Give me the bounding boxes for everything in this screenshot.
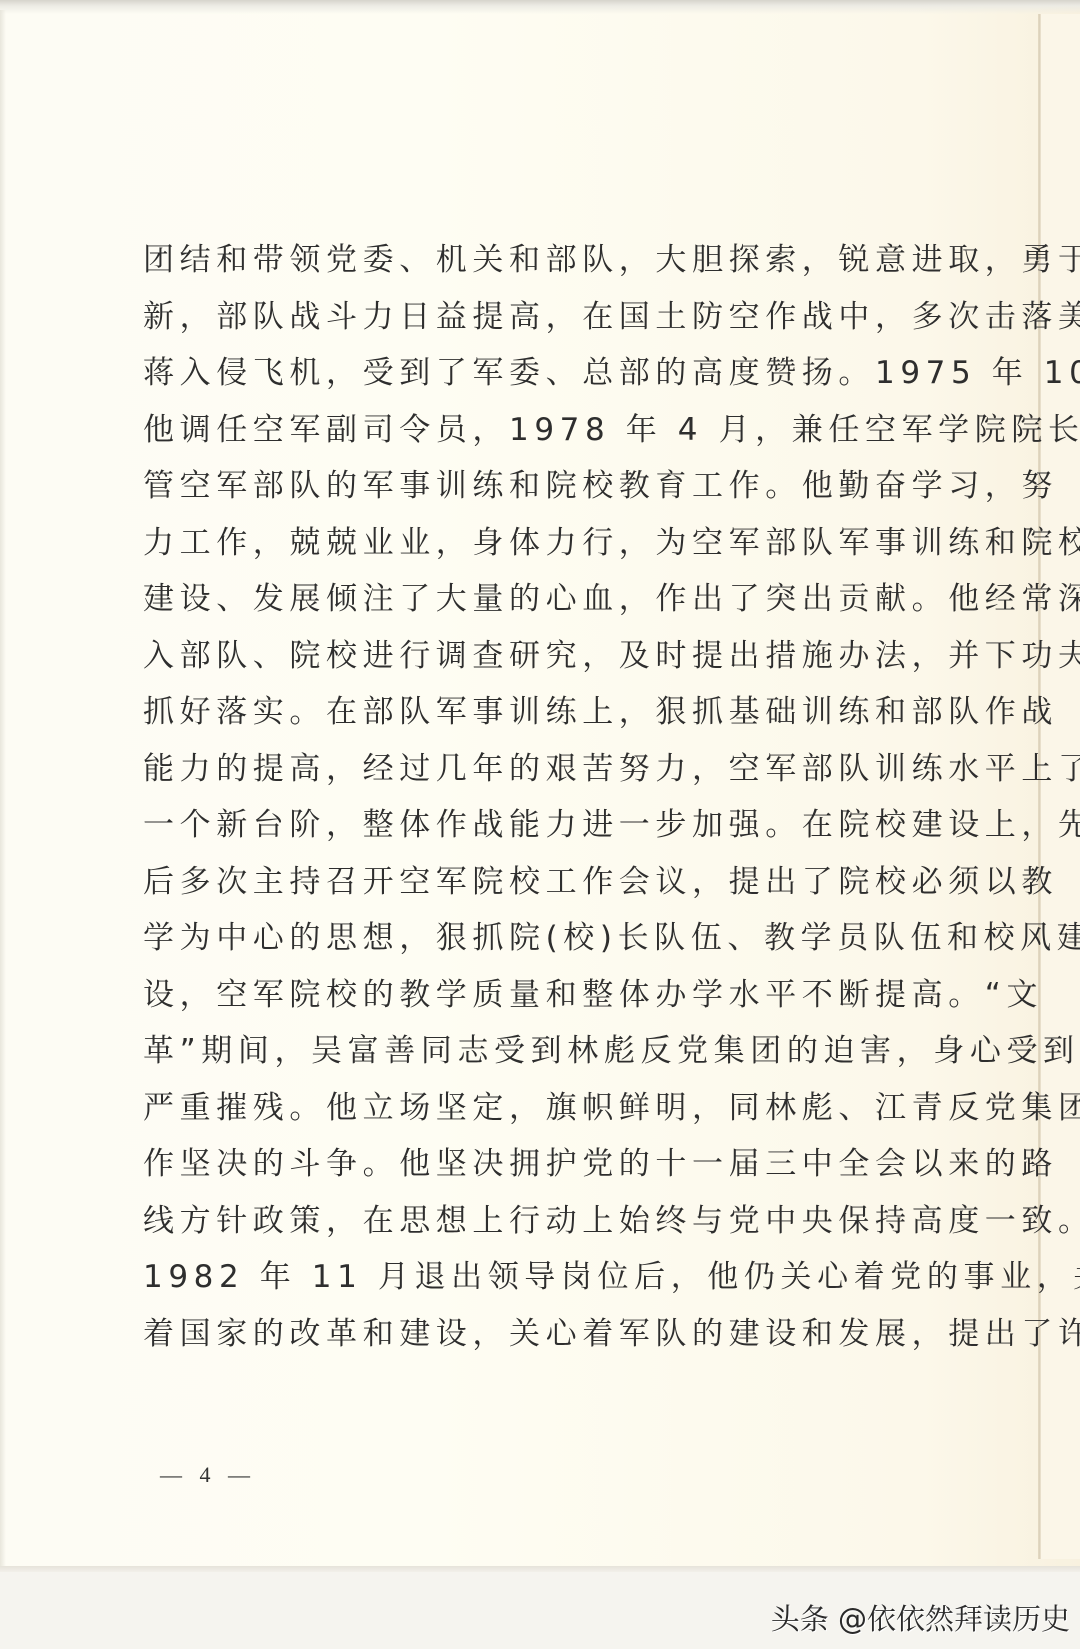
text-line: 严重摧残。他立场坚定，旗帜鲜明，同林彪、江青反党集团 — [143, 1088, 923, 1145]
text-line: 革”期间，吴富善同志受到林彪反党集团的迫害，身心受到 — [143, 1031, 923, 1088]
text-line: 作坚决的斗争。他坚决拥护党的十一届三中全会以来的路 — [143, 1144, 923, 1201]
text-line: 能力的提高，经过几年的艰苦努力，空军部队训练水平上了 — [143, 749, 923, 806]
text-line: 学为中心的思想，狠抓院(校)长队伍、教学员队伍和校风建 — [143, 918, 923, 975]
text-line: 建设、发展倾注了大量的心血，作出了突出贡献。他经常深 — [143, 579, 923, 636]
page-left-edge — [0, 10, 6, 1570]
body-text: 团结和带领党委、机关和部队，大胆探索，锐意进取，勇于创 新，部队战斗力日益提高，… — [143, 240, 923, 1370]
text-line: 蒋入侵飞机，受到了军委、总部的高度赞扬。1975 年 10 月， — [143, 353, 923, 410]
text-line: 团结和带领党委、机关和部队，大胆探索，锐意进取，勇于创 — [143, 240, 923, 297]
watermark: 头条 @依依然拜读历史 — [771, 1597, 1070, 1638]
text-line: 入部队、院校进行调查研究，及时提出措施办法，并下功夫 — [143, 636, 923, 693]
text-line: 一个新台阶，整体作战能力进一步加强。在院校建设上，先 — [143, 805, 923, 862]
text-line: 新，部队战斗力日益提高，在国土防空作战中，多次击落美 — [143, 297, 923, 354]
page-number: — 4 — — [160, 1462, 256, 1488]
text-line: 管空军部队的军事训练和院校教育工作。他勤奋学习，努 — [143, 466, 923, 523]
text-line: 抓好落实。在部队军事训练上，狠抓基础训练和部队作战 — [143, 692, 923, 749]
text-line: 力工作，兢兢业业，身体力行，为空军部队军事训练和院校 — [143, 523, 923, 580]
text-line: 着国家的改革和建设，关心着军队的建设和发展，提出了许 — [143, 1314, 923, 1371]
text-line: 1982 年 11 月退出领导岗位后，他仍关心着党的事业，关心 — [143, 1257, 923, 1314]
text-line: 设，空军院校的教学质量和整体办学水平不断提高。“文 — [143, 975, 923, 1032]
page-top-shadow — [0, 0, 1080, 14]
text-line: 后多次主持召开空军院校工作会议，提出了院校必须以教 — [143, 862, 923, 919]
text-line: 他调任空军副司令员，1978 年 4 月，兼任空军学院院长，分 — [143, 410, 923, 467]
text-line: 线方针政策，在思想上行动上始终与党中央保持高度一致。 — [143, 1201, 923, 1258]
